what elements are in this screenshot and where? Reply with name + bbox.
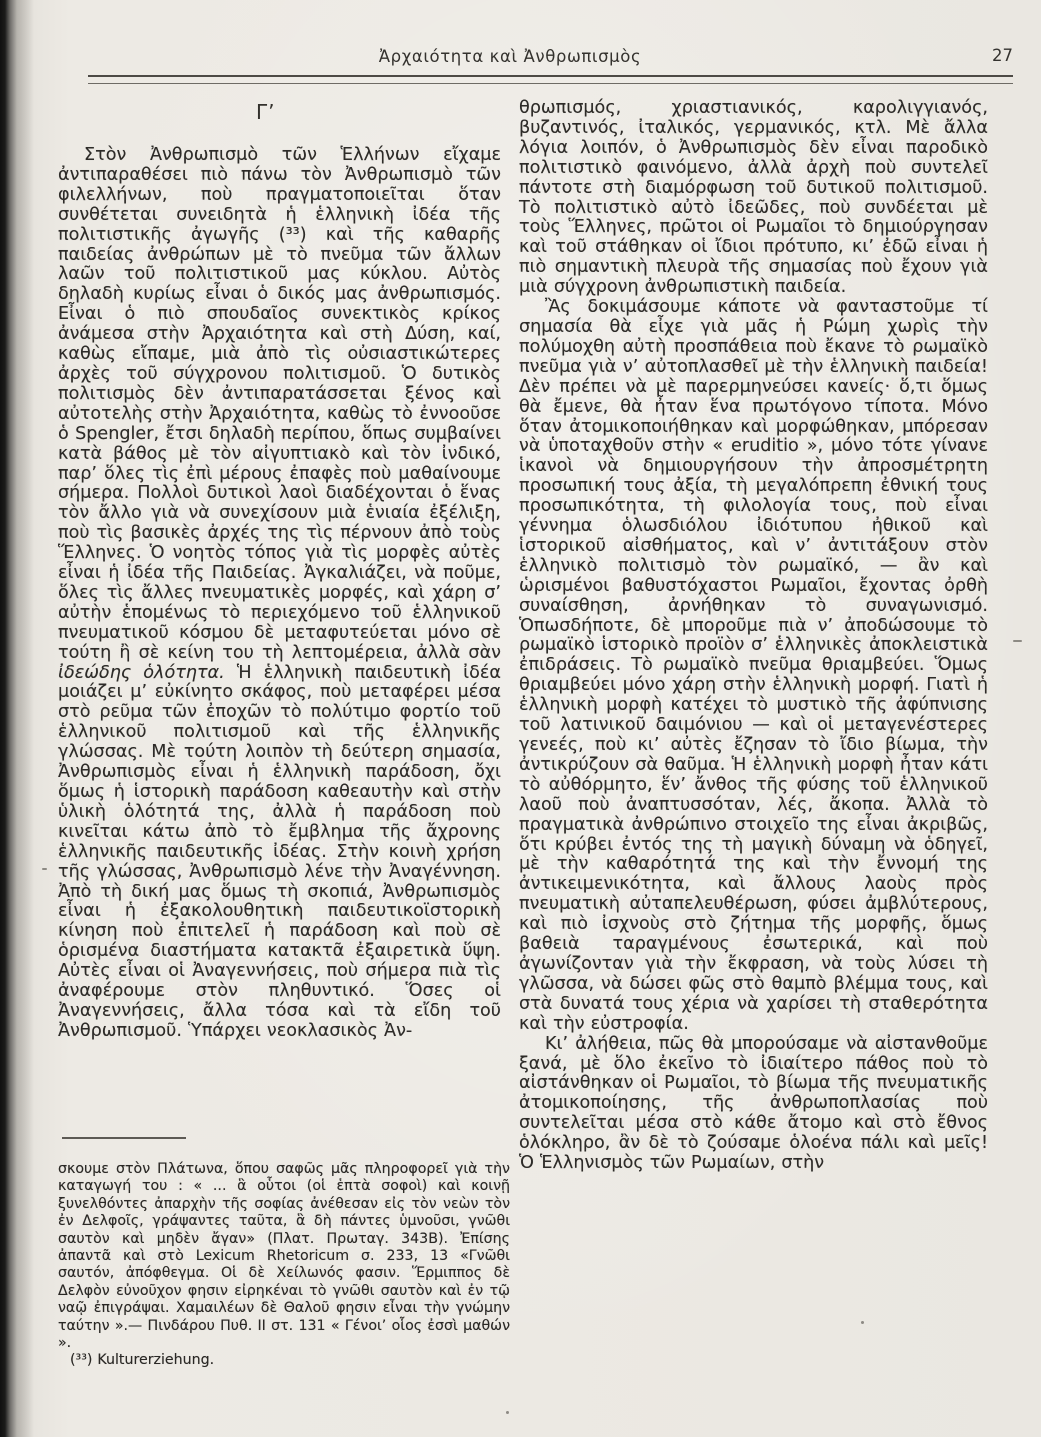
footnote-continuation: σκουμε στὸν Πλάτωνα, ὅπου σαφῶς μᾶς πληρ… bbox=[58, 1161, 510, 1352]
footnote-block: σκουμε στὸν Πλάτωνα, ὅπου σαφῶς μᾶς πληρ… bbox=[58, 1161, 510, 1370]
left-paragraph-end: Ἡ ἑλληνικὴ παιδευτικὴ ἰδέα μοιάζει μ’ εὐ… bbox=[58, 663, 501, 1041]
footnote-33: (³³) Kulturerziehung. bbox=[58, 1352, 510, 1369]
right-text-column: θρωπισμός, χριαστιανικός, καρολιγγιανός,… bbox=[519, 99, 988, 1174]
right-column-paragraph-1: θρωπισμός, χριαστιανικός, καρολιγγιανός,… bbox=[519, 99, 988, 298]
left-paragraph-start: Στὸν Ἀνθρωπισμὸ τῶν Ἑλλήνων εἴχαμε ἀντιπ… bbox=[58, 145, 501, 663]
section-heading: Γ’ bbox=[256, 100, 276, 124]
footnote-separator-rule bbox=[62, 1137, 186, 1139]
left-text-column: Στὸν Ἀνθρωπισμὸ τῶν Ἑλλήνων εἴχαμε ἀντιπ… bbox=[58, 146, 501, 1042]
page-number: 27 bbox=[992, 46, 1013, 65]
scan-speck bbox=[42, 868, 47, 870]
right-column-paragraph-3: Κι’ ἀλήθεια, πῶς θὰ μπορούσαμε νὰ αἰσταν… bbox=[519, 1035, 988, 1174]
book-page: Ἀρχαιότητα καὶ Ἀνθρωπισμὸς 27 Γ’ Στὸν Ἀν… bbox=[0, 0, 1041, 1437]
scan-speck bbox=[506, 1411, 509, 1414]
right-column-paragraph-2: Ἂς δοκιμάσουμε κάποτε νὰ φανταστοῦμε τί … bbox=[519, 298, 988, 1035]
spine-shadow bbox=[0, 0, 34, 1437]
italic-phrase: ἰδεώδης ὁλότητα. bbox=[58, 663, 225, 683]
left-column-paragraph: Στὸν Ἀνθρωπισμὸ τῶν Ἑλλήνων εἴχαμε ἀντιπ… bbox=[58, 146, 501, 1042]
scan-speck bbox=[1013, 640, 1022, 642]
running-header-title: Ἀρχαιότητα καὶ Ἀνθρωπισμὸς bbox=[90, 47, 930, 66]
scan-speck bbox=[861, 1321, 864, 1324]
header-double-rule bbox=[88, 75, 1013, 84]
